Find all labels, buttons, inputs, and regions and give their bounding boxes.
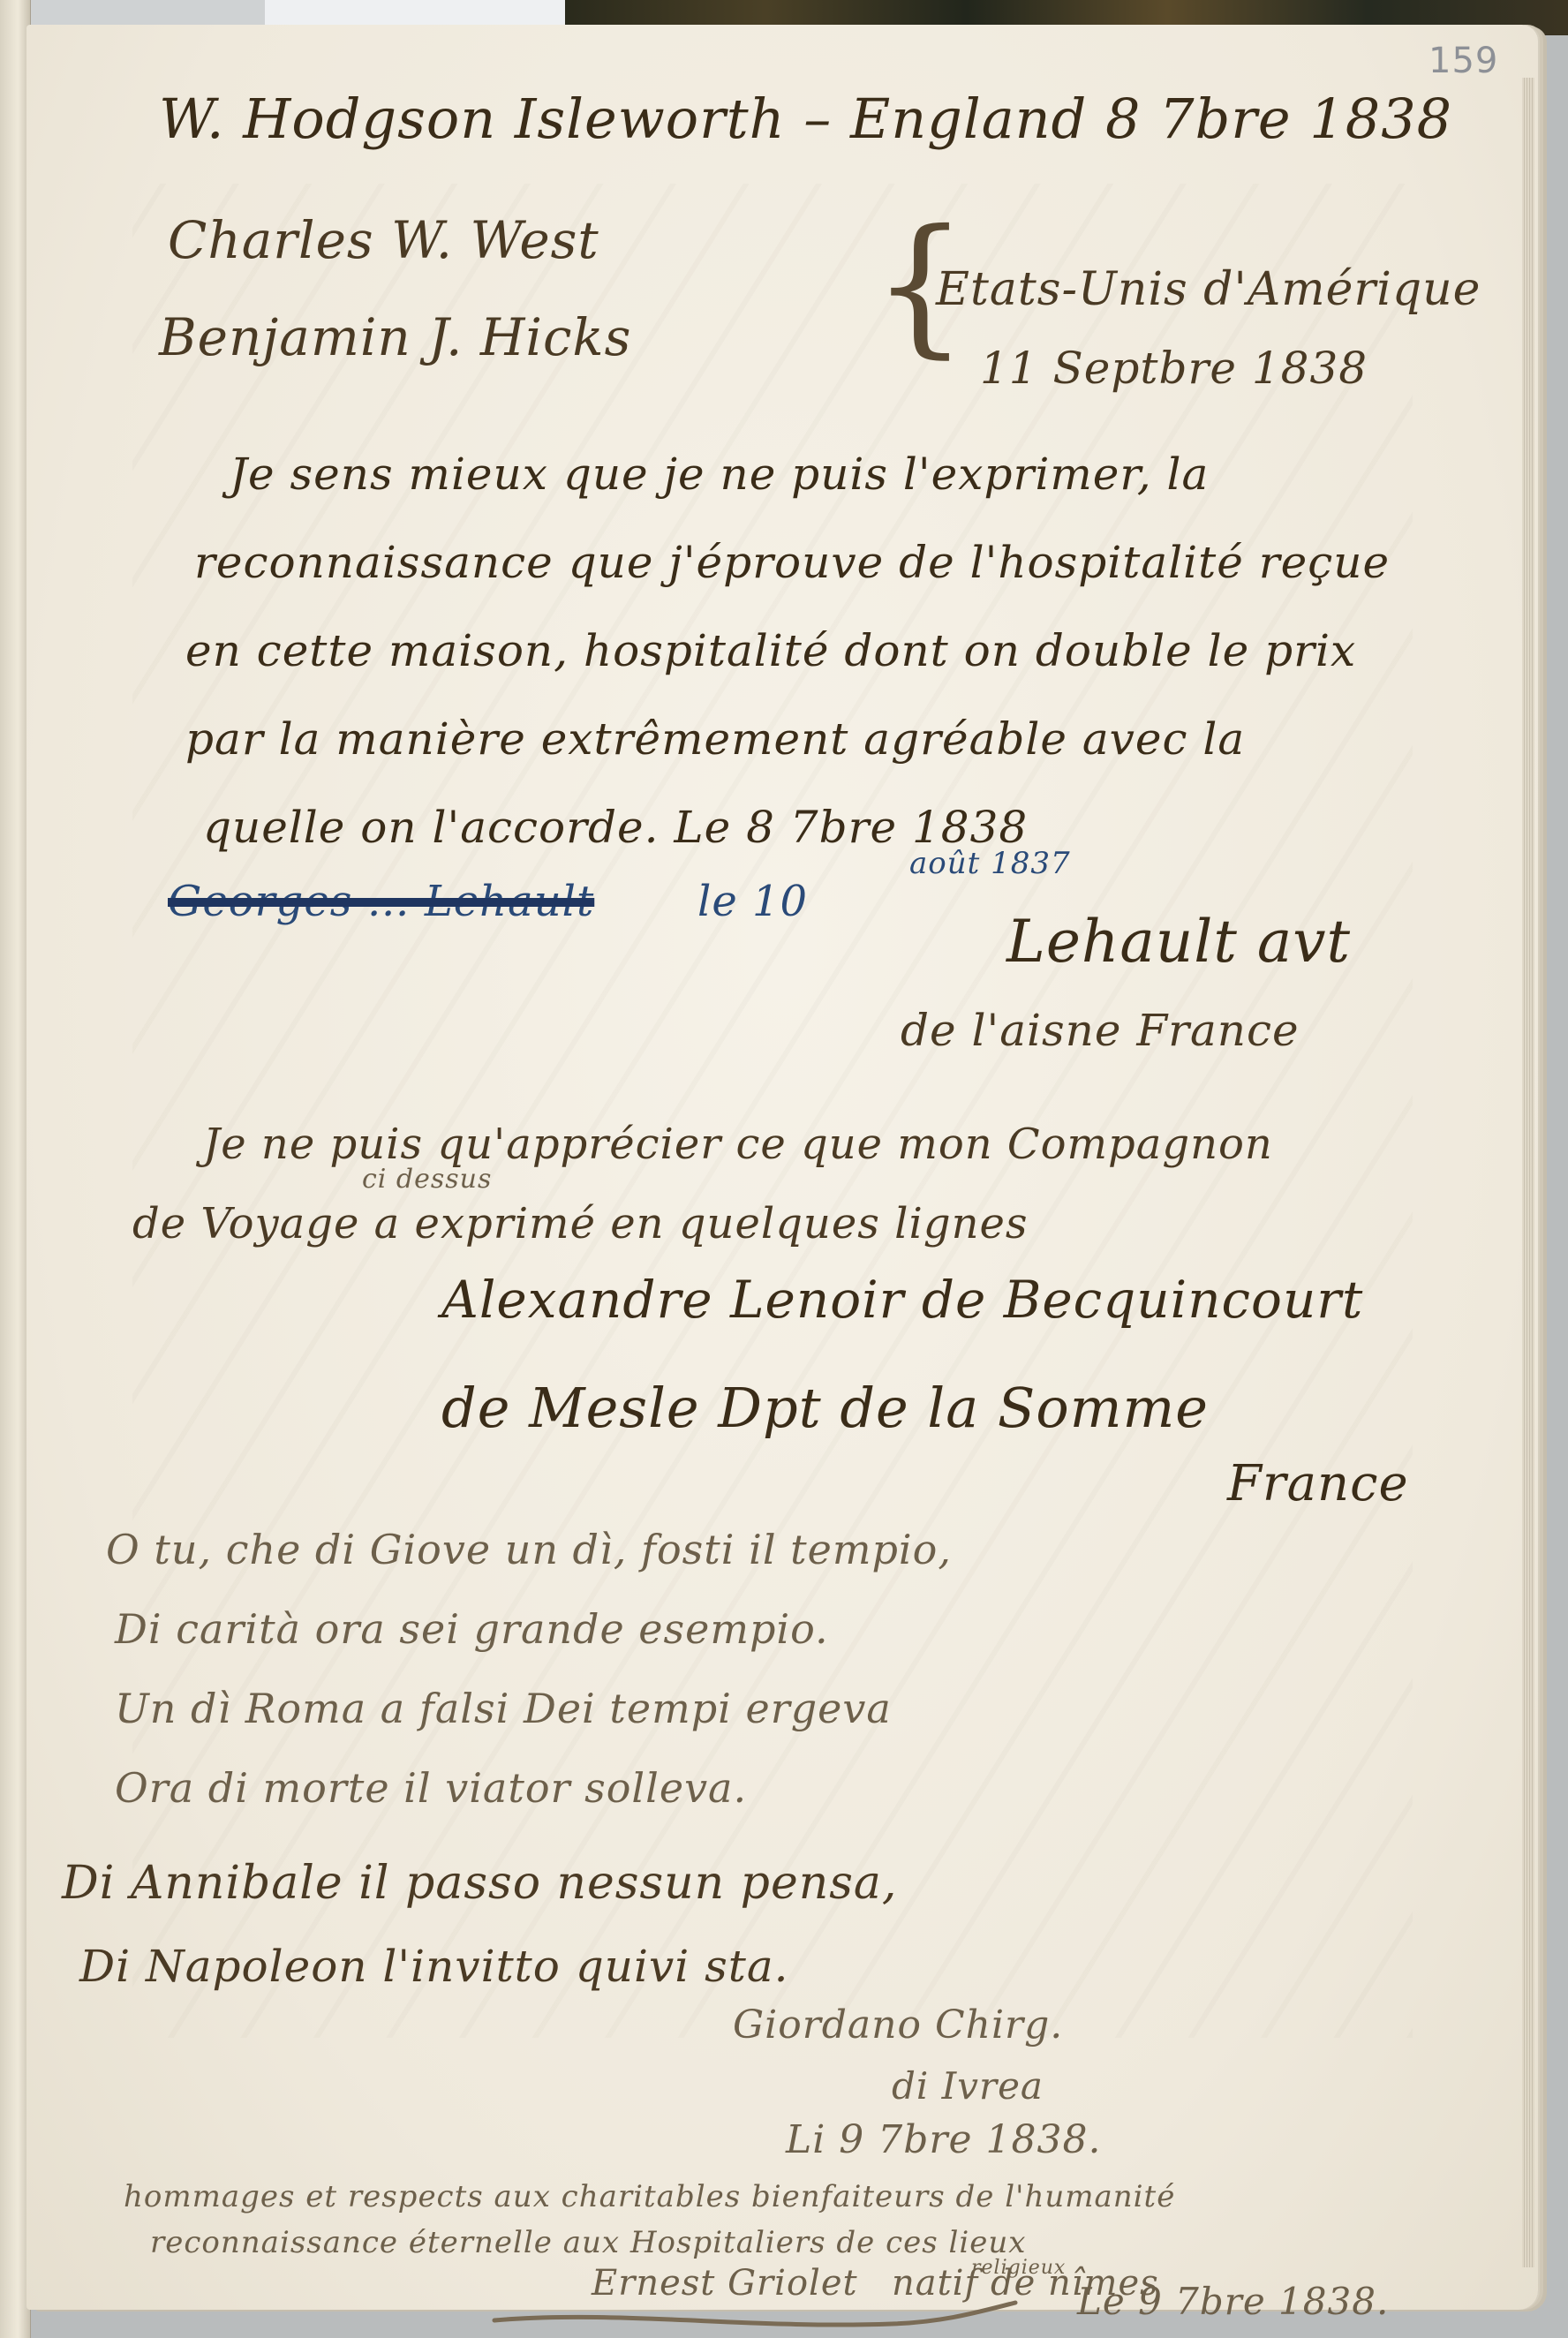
entry-lehault-line-1: Je sens mieux que je ne puis l'exprimer,… [230, 449, 1209, 500]
origin-becquincourt: de Mesle Dpt de la Somme [441, 1376, 1209, 1440]
page-number: 159 [1429, 41, 1498, 81]
country-becquincourt: France [1227, 1455, 1409, 1512]
entry-hodgson-line: W. Hodgson Isleworth – England 8 7bre 18… [159, 87, 1452, 151]
entry-lehault-line-2: reconnaissance que j'éprouve de l'hospit… [194, 537, 1390, 588]
entry-lehault-line-3: en cette maison, hospitalité dont on dou… [185, 625, 1356, 676]
verse-line-6: Di Napoleon l'invitto quivi sta. [79, 1941, 789, 1992]
verse-line-2: Di carità ora sei grande esempio. [115, 1605, 829, 1653]
entry-hicks-name: Benjamin J. Hicks [159, 307, 631, 367]
entry-west-name: Charles W. West [168, 210, 599, 270]
manuscript-page: 159 W. Hodgson Isleworth – England 8 7br… [26, 25, 1538, 2310]
signature-becquincourt: Alexandre Lenoir de Becquincourt [441, 1270, 1363, 1330]
origin-lehault: de l'aisne France [901, 1005, 1300, 1056]
signature-flourish-icon [486, 2285, 1033, 2338]
verse-line-3: Un dì Roma a falsi Dei tempi ergeva [115, 1685, 892, 1732]
page-stack-edge [1522, 78, 1534, 2267]
signature-giordano: Giordano Chirg. [733, 2002, 1063, 2048]
entry-becquincourt-line-1: Je ne puis qu'apprécier ce que mon Compa… [203, 1120, 1273, 1169]
date-giordano: Li 9 7bre 1838. [786, 2117, 1101, 2162]
entry-lehault-line-5: quelle on l'accorde. Le 8 7bre 1838 [203, 802, 1028, 853]
verse-line-4: Ora di morte il viator solleva. [115, 1764, 747, 1812]
signature-lehault: Lehault avt [1006, 908, 1351, 976]
struck-suffix: le 10 [697, 877, 808, 926]
entry-americans-place: Etats-Unis d'Amérique [936, 263, 1481, 316]
blue-date-correction: août 1837 [909, 846, 1071, 881]
verse-line-5: Di Annibale il passo nessun pensa, [62, 1857, 897, 1910]
verse-line-1: O tu, che di Giove un dì, fosti il tempi… [106, 1526, 952, 1573]
entry-griolet-line-1: hommages et respects aux charitables bie… [124, 2179, 1175, 2214]
insertion-ci-dessus: ci dessus [362, 1164, 492, 1195]
entry-americans-date: 11 Septbre 1838 [980, 343, 1368, 394]
date-griolet: Le 9 7bre 1838. [1077, 2280, 1389, 2323]
entry-lehault-line-4: par la manière extrêmement agréable avec… [185, 713, 1245, 765]
struck-out-name: Georges … Lehault [168, 877, 594, 926]
origin-giordano: di Ivrea [892, 2064, 1044, 2108]
entry-becquincourt-line-2: de Voyage a exprimé en quelques lignes [132, 1199, 1029, 1248]
entry-griolet-line-2: reconnaissance éternelle aux Hospitalier… [150, 2225, 1026, 2260]
